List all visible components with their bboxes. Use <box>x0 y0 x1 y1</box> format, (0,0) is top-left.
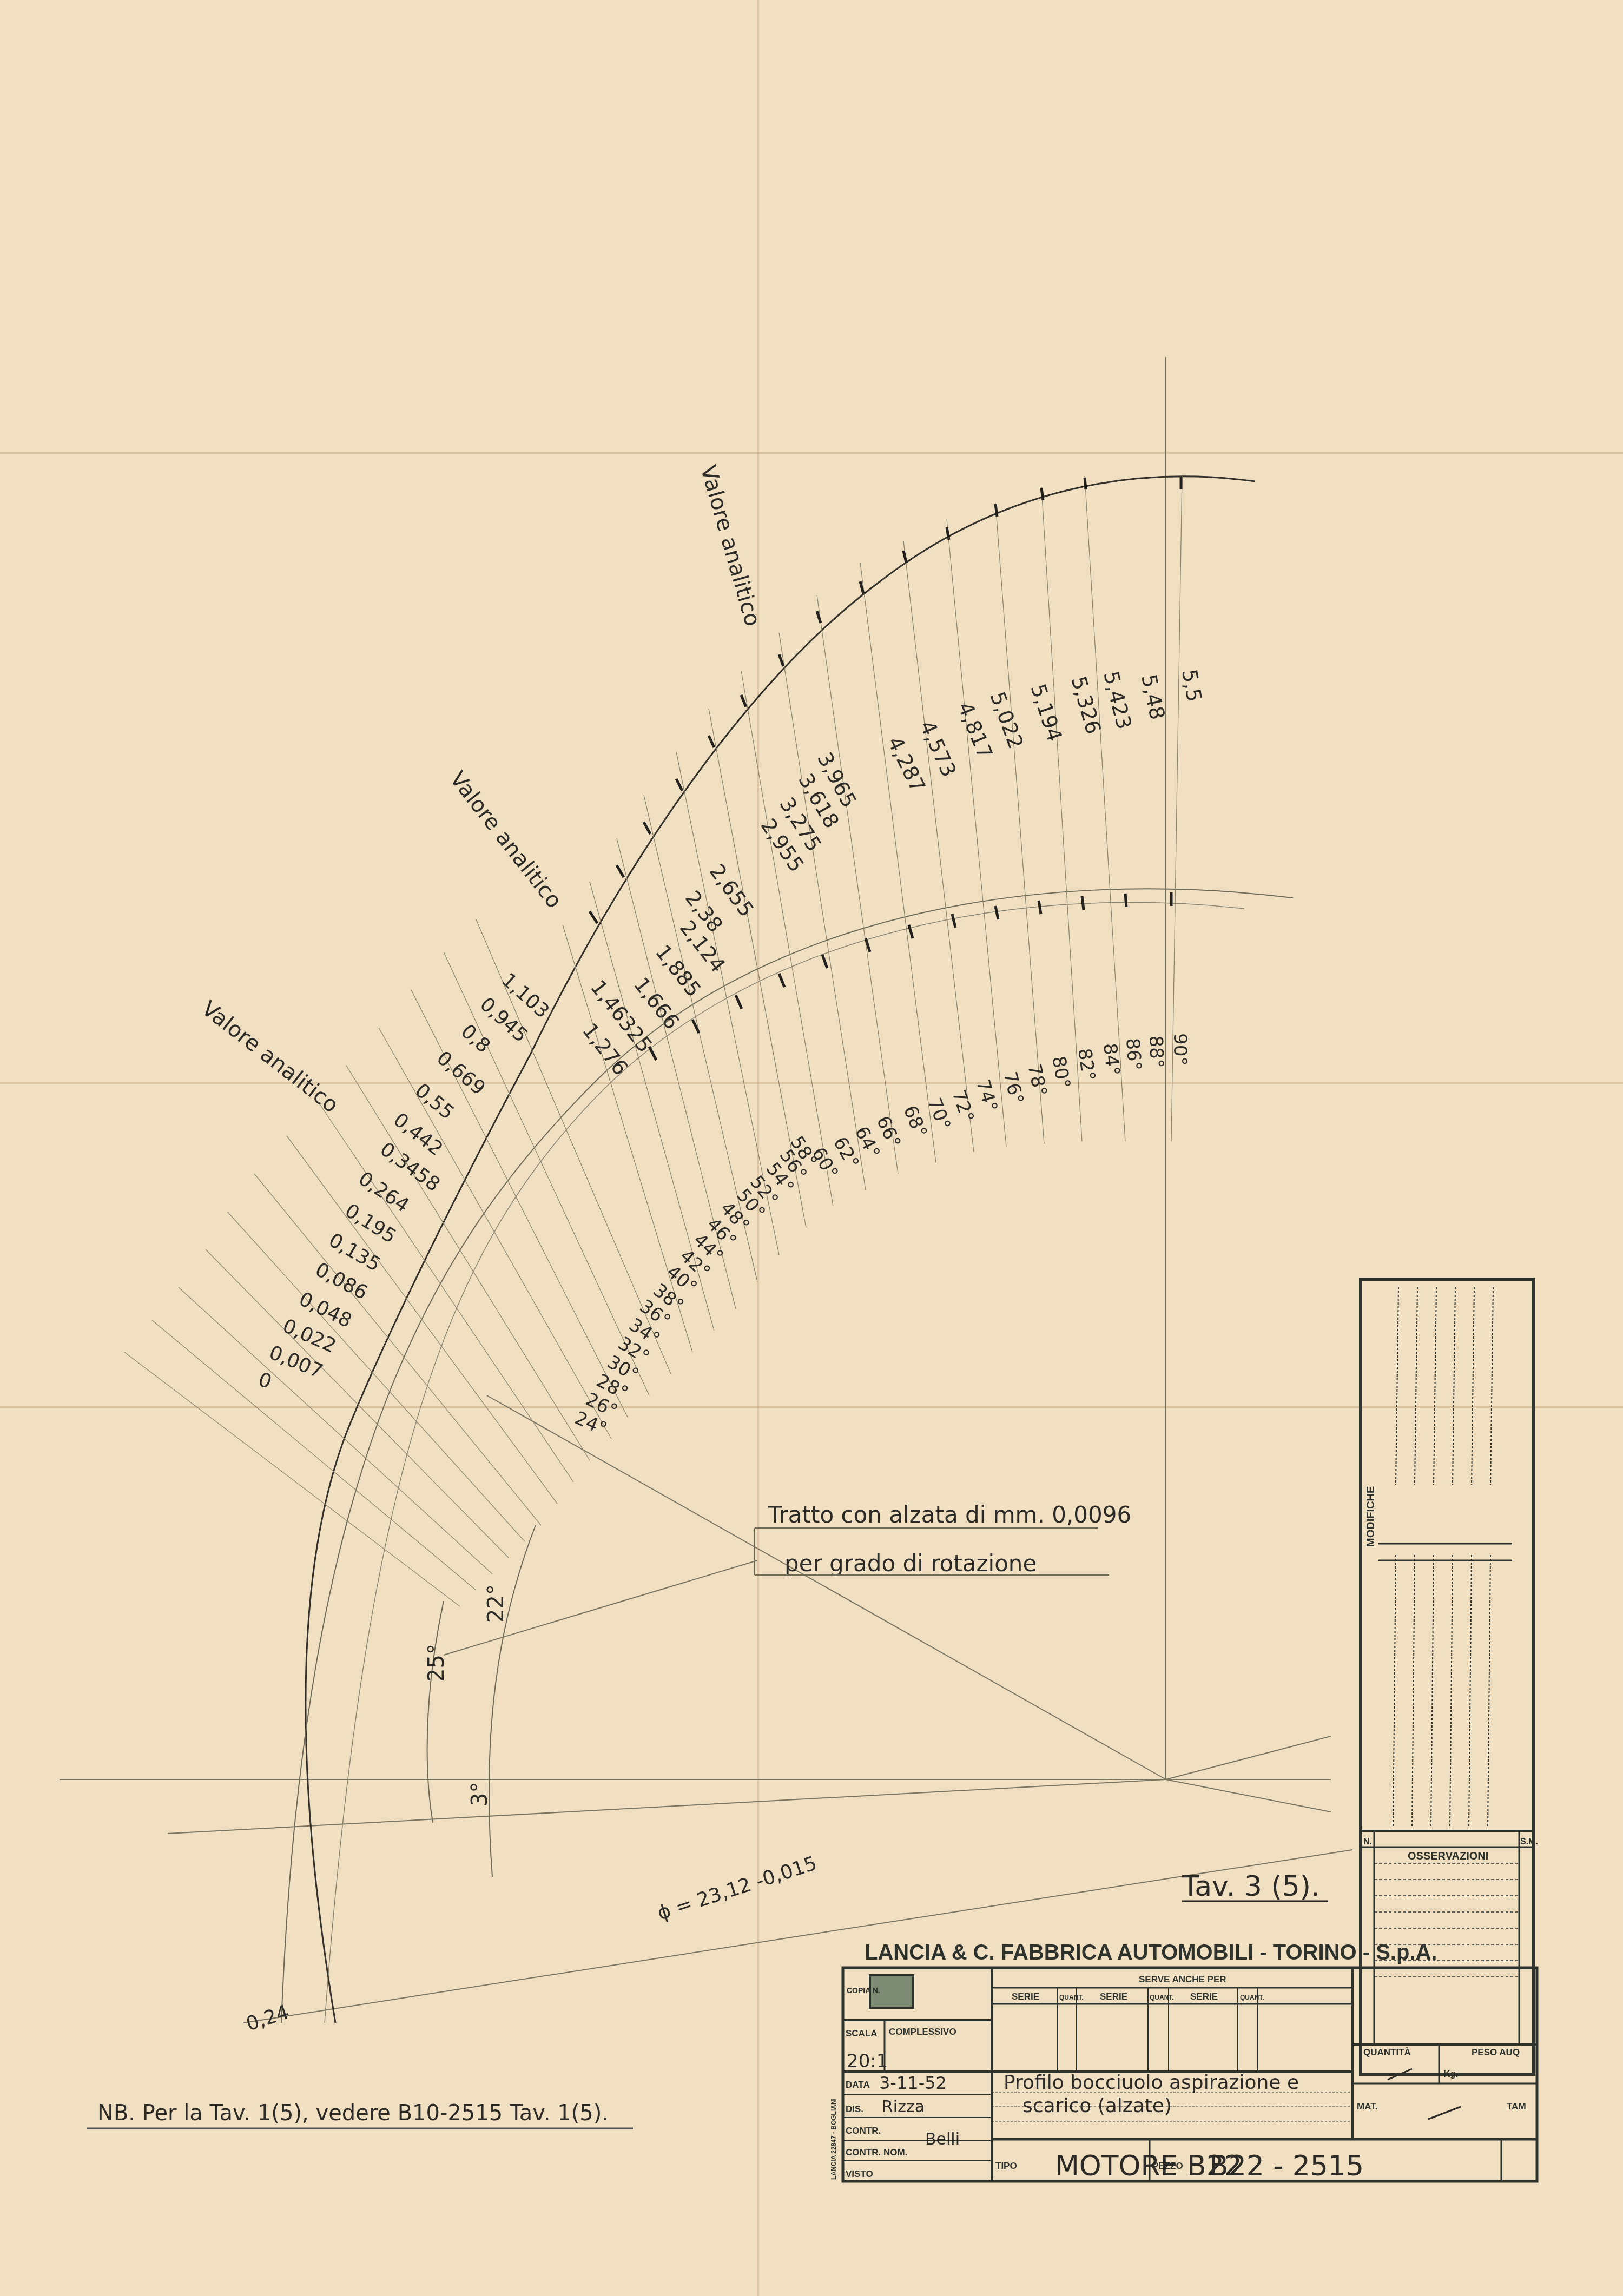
printer-mark: LANCIA 22847 - BOGLIANI <box>830 2098 837 2180</box>
description-line-2: scarico (alzate) <box>1022 2095 1172 2117</box>
quant-label-2: QUANT. <box>1150 1994 1174 2001</box>
angle-label: 88° <box>1145 1035 1167 1069</box>
lift-label: 5,48 <box>1137 672 1170 722</box>
serie-label-1: SERIE <box>1012 1991 1039 2002</box>
peso-label: PESO AUQ <box>1472 2047 1520 2057</box>
diameter-label: ϕ = 23,12 -0,015 <box>655 1852 820 1925</box>
tratto-line-1: Tratto con alzata di mm. 0,0096 <box>768 1501 1131 1528</box>
lift-label: 0,55 <box>411 1079 458 1124</box>
data-label: DATA <box>846 2080 870 2090</box>
cam-profile-drawing: 5,5 5,48 5,423 5,326 5,194 5,022 4,817 4… <box>0 0 1623 2296</box>
osservazioni-label: OSSERVAZIONI <box>1408 1850 1488 1862</box>
dis-label: DIS. <box>846 2104 863 2114</box>
lift-label: 5,423 <box>1099 669 1136 732</box>
arc-22deg <box>489 1525 536 1877</box>
tam-label: TAM <box>1507 2101 1526 2112</box>
tratto-annotation: Tratto con alzata di mm. 0,0096 per grad… <box>768 1501 1131 1577</box>
base-tick-marks <box>649 892 1171 1060</box>
pezzo-value: B22 - 2515 <box>1209 2150 1364 2182</box>
serve-anche-per-label: SERVE ANCHE PER <box>1139 1974 1226 1984</box>
inner-lift-labels: 1,103 0,945 0,8 0,669 0,55 0,442 0,3458 … <box>255 969 553 1393</box>
complessivo-label: COMPLESSIVO <box>889 2027 956 2037</box>
angle-25-label: 25° <box>424 1644 449 1682</box>
quantita-label: QUANTITÀ <box>1363 2047 1411 2057</box>
diameter-annotation: ϕ = 23,12 -0,015 0,24 <box>243 1852 820 2036</box>
title-block-values: 20:1 3-11-52 Rizza Belli Profilo bocciuo… <box>847 2050 1364 2182</box>
company-header: LANCIA & C. FABBRICA AUTOMOBILI - TORINO… <box>865 1941 1437 1964</box>
contr-nom-label: CONTR. NOM. <box>846 2147 907 2158</box>
angle-labels: 90° 88° 86° 84° 82° 80° 78° 76° 74° 72° … <box>571 1033 1191 1440</box>
description-line-1: Profilo bocciuolo aspirazione e <box>1004 2072 1299 2094</box>
serie-label-2: SERIE <box>1100 1991 1127 2002</box>
revision-sign-label: S.M. <box>1520 1837 1538 1847</box>
modifiche-label: MODIFICHE <box>1365 1486 1377 1547</box>
data-value: 3-11-52 <box>879 2073 947 2093</box>
lift-label: 0,8 <box>457 1020 494 1057</box>
angle-3-label: 3° <box>467 1782 492 1807</box>
angle-label: 82° <box>1073 1047 1099 1082</box>
visto-label: VISTO <box>846 2169 873 2179</box>
mat-label: MAT. <box>1357 2101 1377 2112</box>
angle-label: 86° <box>1121 1037 1145 1071</box>
valore-analitico-middle: Valore analitico <box>445 767 566 913</box>
valore-analitico-outer: Valore analitico <box>695 462 765 629</box>
tipo-label: TIPO <box>995 2161 1017 2171</box>
contr-signature: Belli <box>925 2130 960 2149</box>
angle-label: 90° <box>1169 1033 1191 1066</box>
angle-label: 78° <box>1023 1062 1051 1099</box>
valore-analitico-inner: Valore analitico <box>197 996 343 1118</box>
lift-label: 5,326 <box>1066 673 1105 737</box>
lift-label: 5,194 <box>1026 681 1066 744</box>
dis-value: Rizza <box>882 2098 925 2116</box>
drawing-sheet: 5,5 5,48 5,423 5,326 5,194 5,022 4,817 4… <box>0 0 1623 2296</box>
tratto-line-2: per grado di rotazione <box>784 1550 1037 1577</box>
arc-25deg <box>427 1601 444 1823</box>
quant-label-1: QUANT. <box>1059 1994 1084 2001</box>
contr-label: CONTR. <box>846 2126 881 2136</box>
angle-dimension-labels: 25° 22° 3° <box>424 1584 509 1807</box>
angle-label: 80° <box>1047 1055 1074 1090</box>
offset-label: 0,24 <box>243 2001 292 2036</box>
angle-label: 74° <box>972 1077 1001 1114</box>
scala-value: 20:1 <box>847 2050 888 2072</box>
scala-label: SCALA <box>846 2028 878 2039</box>
revision-n-label: N. <box>1363 1837 1372 1847</box>
angle-label: 76° <box>999 1070 1027 1107</box>
lift-label: 5,5 <box>1177 667 1206 704</box>
copia-label: COPIA N. <box>847 1986 880 1995</box>
sheet-reference: Tav. 3 (5). <box>1182 1870 1320 1903</box>
footnote: NB. Per la Tav. 1(5), vedere B10-2515 Ta… <box>97 2101 609 2126</box>
lift-label: 0 <box>255 1368 275 1393</box>
serie-label-3: SERIE <box>1190 1991 1218 2002</box>
outer-lift-labels: 5,5 5,48 5,423 5,326 5,194 5,022 4,817 4… <box>578 667 1206 1080</box>
quant-label-3: QUANT. <box>1240 1994 1264 2001</box>
angle-22-label: 22° <box>484 1584 509 1623</box>
angle-label: 84° <box>1099 1042 1124 1077</box>
kg-label: Kg. <box>1443 2069 1458 2079</box>
